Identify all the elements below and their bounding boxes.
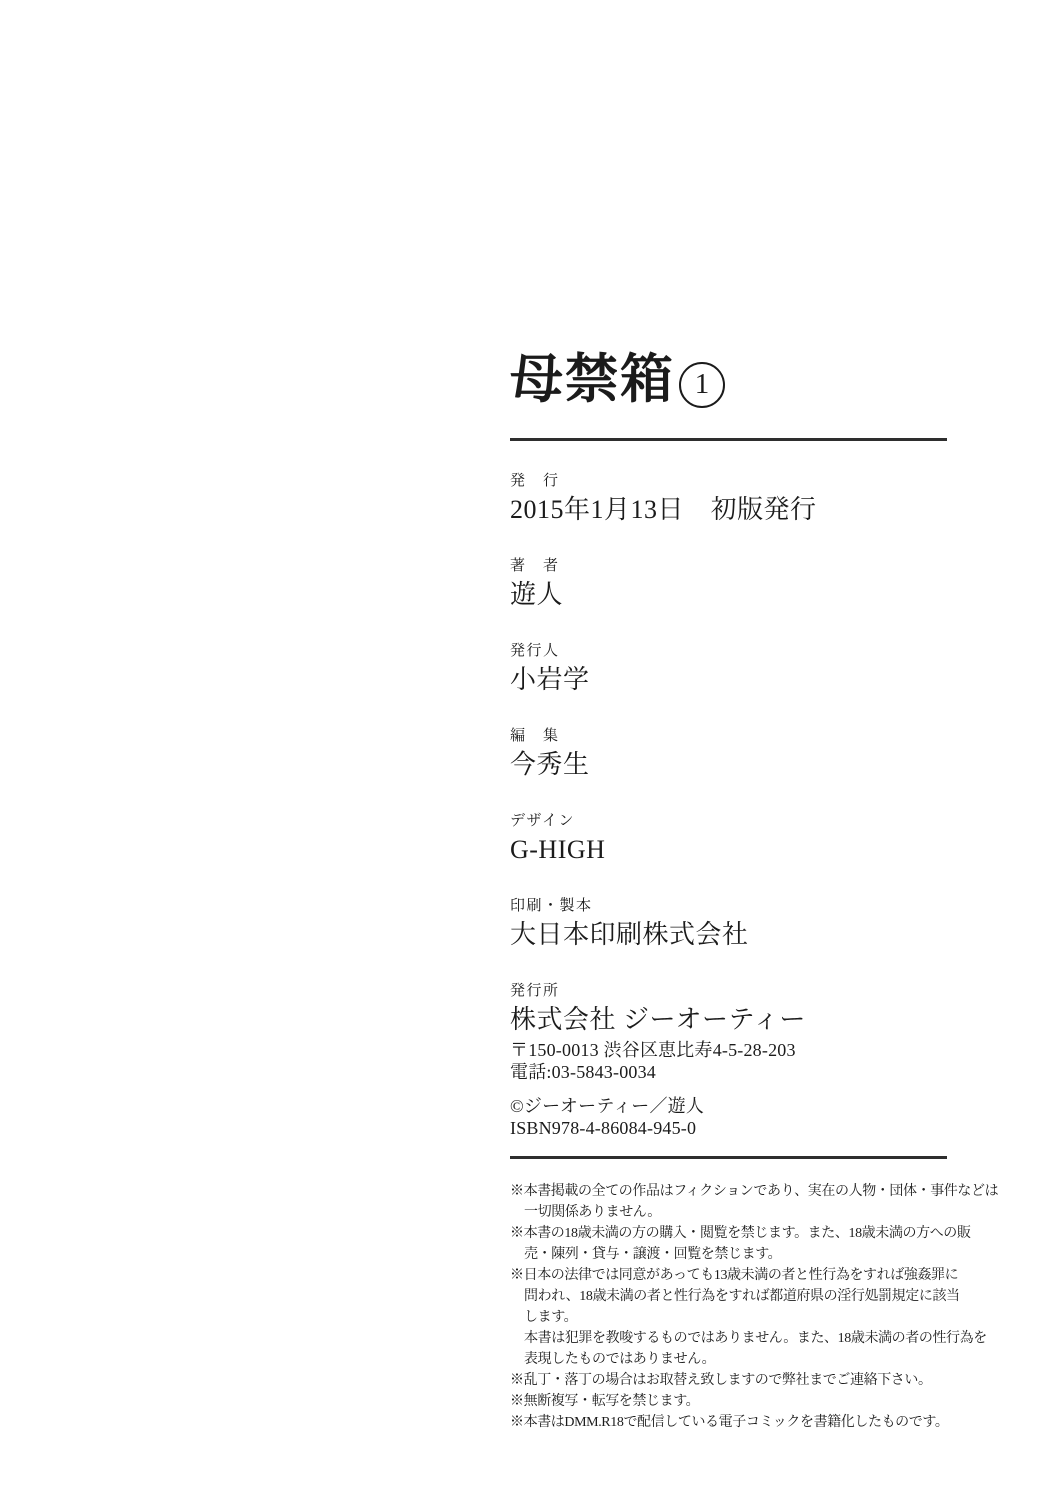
section-label: 発 行 [510, 471, 955, 491]
notices-block: ※本書掲載の全ての作品はフィクションであり、実在の人物・団体・事件などは 一切関… [510, 1181, 955, 1433]
isbn-line: ISBN978-4-86084-945-0 [510, 1117, 955, 1139]
section-value: 小岩学 [510, 664, 955, 696]
section-label: 編 集 [510, 726, 955, 746]
section-publishing-house: 発行所 株式会社 ジーオーティー 〒150-0013 渋谷区恵比寿4-5-28-… [510, 981, 955, 1083]
section-value: 今秀生 [510, 749, 955, 781]
colophon-content: 母禁箱1 発 行 2015年1月13日 初版発行 著 者 遊人 発行人 小岩学 … [510, 352, 955, 1433]
section-design: デザイン G-HIGH [510, 811, 955, 866]
notice-line: ※本書の18歳未満の方の購入・閲覧を禁じます。また、18歳未満の方への販 [510, 1223, 955, 1244]
section-publisher-person: 発行人 小岩学 [510, 641, 955, 696]
notice-line: 表現したものではありません。 [524, 1349, 955, 1370]
section-value: 遊人 [510, 579, 955, 611]
section-label: 著 者 [510, 556, 955, 576]
notice-line: ※本書はDMM.R18で配信している電子コミックを書籍化したものです。 [510, 1412, 955, 1433]
notice-line: ※本書掲載の全ての作品はフィクションであり、実在の人物・団体・事件などは [510, 1181, 955, 1202]
notice-line: ※日本の法律では同意があっても13歳未満の者と性行為をすれば強姦罪に [510, 1265, 955, 1286]
notice-line: 本書は犯罪を教唆するものではありません。また、18歳未満の者の性行為を [524, 1328, 955, 1349]
section-value: 大日本印刷株式会社 [510, 919, 955, 951]
divider-top [510, 438, 947, 441]
copyright-line: ©ジーオーティー／遊人 [510, 1095, 955, 1117]
section-editor: 編 集 今秀生 [510, 726, 955, 781]
section-label: デザイン [510, 811, 955, 831]
volume-number-badge: 1 [679, 362, 725, 408]
section-value: 株式会社 ジーオーティー [510, 1004, 955, 1036]
colophon-page: 母禁箱1 発 行 2015年1月13日 初版発行 著 者 遊人 発行人 小岩学 … [0, 0, 1050, 1500]
book-title: 母禁箱 [510, 351, 675, 409]
section-label: 印刷・製本 [510, 896, 955, 916]
section-printing: 印刷・製本 大日本印刷株式会社 [510, 896, 955, 951]
publisher-address: 〒150-0013 渋谷区恵比寿4-5-28-203 [510, 1039, 955, 1061]
section-value: G-HIGH [510, 834, 955, 866]
section-label: 発行人 [510, 641, 955, 661]
publisher-phone: 電話:03-5843-0034 [510, 1061, 955, 1083]
section-publication-date: 発 行 2015年1月13日 初版発行 [510, 471, 955, 526]
notice-line: ※無断複写・転写を禁じます。 [510, 1391, 955, 1412]
section-author: 著 者 遊人 [510, 556, 955, 611]
notice-line: 問われ、18歳未満の者と性行為をすれば都道府県の淫行処罰規定に該当 [524, 1286, 955, 1307]
section-value: 2015年1月13日 初版発行 [510, 494, 955, 526]
notice-line: 売・陳列・貸与・譲渡・回覧を禁じます。 [524, 1244, 955, 1265]
notice-line: ※乱丁・落丁の場合はお取替え致しますので弊社までご連絡下さい。 [510, 1370, 955, 1391]
section-label: 発行所 [510, 981, 955, 1001]
divider-bottom [510, 1156, 947, 1159]
notice-line: 一切関係ありません。 [524, 1202, 955, 1223]
notice-line: します。 [524, 1307, 955, 1328]
book-title-row: 母禁箱1 [510, 352, 955, 412]
copyright-block: ©ジーオーティー／遊人 ISBN978-4-86084-945-0 [510, 1095, 955, 1139]
